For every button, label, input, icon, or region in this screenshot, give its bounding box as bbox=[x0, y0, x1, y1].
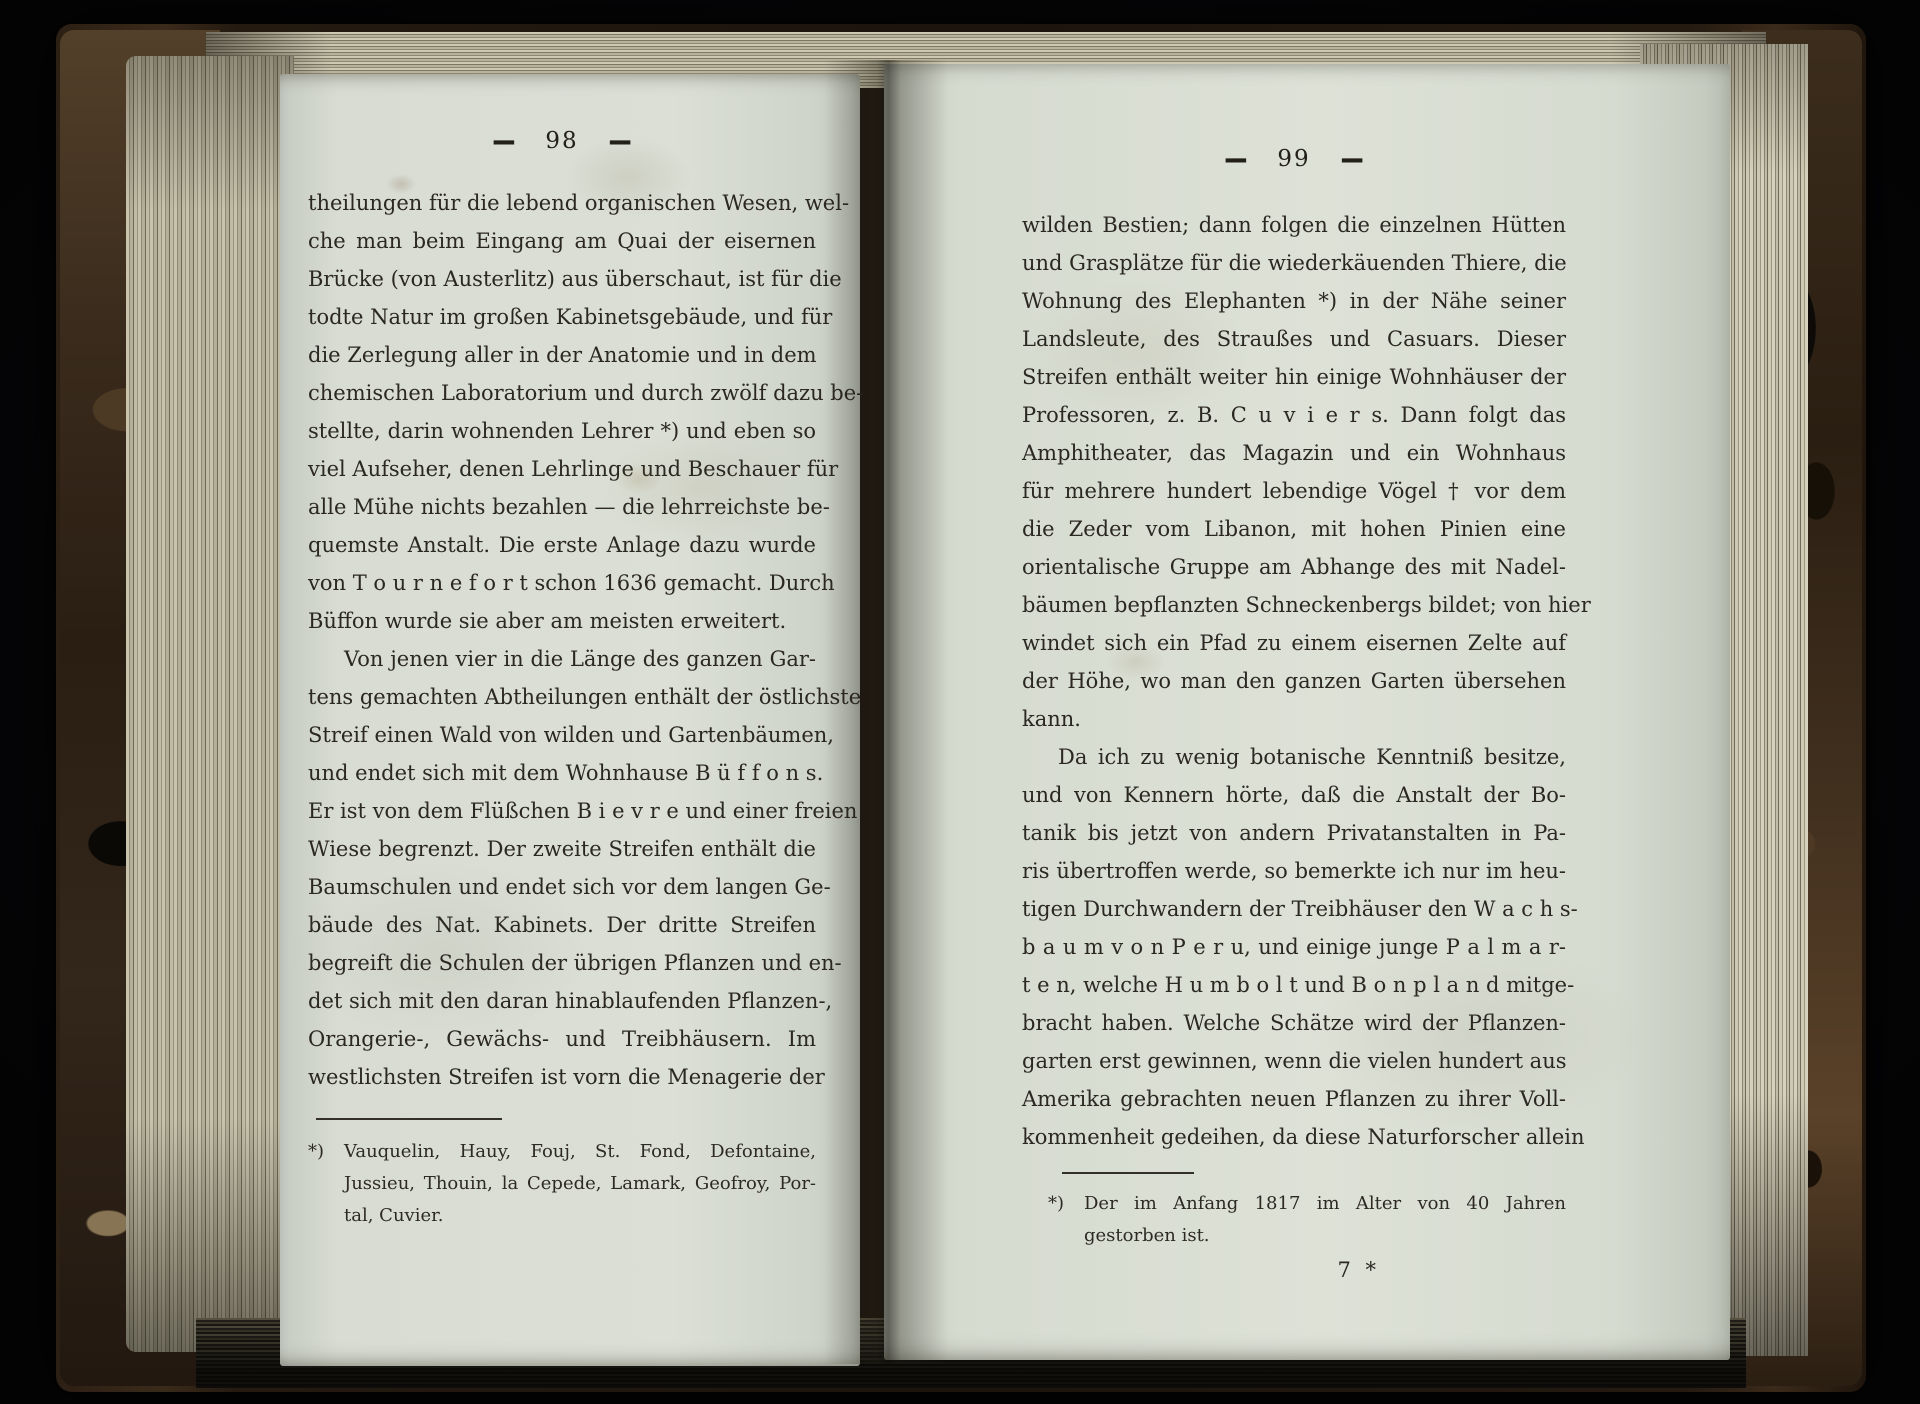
text-line: theilungen für die lebend organischen We… bbox=[308, 184, 816, 222]
footnote-marker: *) bbox=[1048, 1188, 1084, 1220]
paragraph: Da ich zu wenig botanische Kenntniß besi… bbox=[1022, 738, 1566, 1156]
text-line: t e n, welche H u m b o l t und B o n p … bbox=[1022, 966, 1566, 1004]
text-line: bäumen bepflanzten Schneckenbergs bildet… bbox=[1022, 586, 1566, 624]
footnote-line: tal, Cuvier. bbox=[308, 1200, 816, 1232]
paragraph: wilden Bestien; dann folgen die einzelne… bbox=[1022, 206, 1566, 738]
footnote-rule bbox=[1062, 1172, 1194, 1174]
header-dash: — bbox=[1224, 137, 1247, 182]
text-line: chemischen Laboratorium und durch zwölf … bbox=[308, 374, 816, 412]
text-line: kommenheit gedeihen, da diese Naturforsc… bbox=[1022, 1118, 1566, 1156]
text-line: Wiese begrenzt. Der zweite Streifen enth… bbox=[308, 830, 816, 868]
paragraph: theilungen für die lebend organischen We… bbox=[308, 184, 816, 640]
header-dash: — bbox=[1341, 137, 1364, 182]
text-line: b a u m v o n P e r u, und einige junge … bbox=[1022, 928, 1566, 966]
text-line: Baumschulen und endet sich vor dem lange… bbox=[308, 868, 816, 906]
text-line: wilden Bestien; dann folgen die einzelne… bbox=[1022, 206, 1566, 244]
footnote-line: *)Vauquelin, Hauy, Fouj, St. Fond, Defon… bbox=[308, 1136, 816, 1168]
header-dash: — bbox=[492, 119, 515, 164]
text-line: Orangerie-, Gewächs- und Treibhäusern. I… bbox=[308, 1020, 816, 1058]
text-line: Er ist von dem Flüßchen B i e v r e und … bbox=[308, 792, 816, 830]
text-line: Amphitheater, das Magazin und ein Wohnha… bbox=[1022, 434, 1566, 472]
footnote-marker: *) bbox=[308, 1136, 344, 1168]
text-line: windet sich ein Pfad zu einem eisernen Z… bbox=[1022, 624, 1566, 662]
paragraph: Von jenen vier in die Länge des ganzen G… bbox=[308, 640, 816, 1096]
footnote-line: Jussieu, Thouin, la Cepede, Lamark, Geof… bbox=[308, 1168, 816, 1200]
text-line: ris übertroffen werde, so bemerkte ich n… bbox=[1022, 852, 1566, 890]
text-line: det sich mit den daran hinablaufenden Pf… bbox=[308, 982, 816, 1020]
right-page: —99— wilden Bestien; dann folgen die ein… bbox=[884, 64, 1730, 1360]
text-line: quemste Anstalt. Die erste Anlage dazu w… bbox=[308, 526, 816, 564]
text-line: Von jenen vier in die Länge des ganzen G… bbox=[308, 640, 816, 678]
footnote-rule bbox=[316, 1118, 502, 1120]
text-line: che man beim Eingang am Quai der eiserne… bbox=[308, 222, 816, 260]
text-line: die Zerlegung aller in der Anatomie und … bbox=[308, 336, 816, 374]
page-header: —98— bbox=[308, 126, 816, 156]
left-page-content: —98— theilungen für die lebend organisch… bbox=[308, 126, 816, 1232]
signature-mark: 7 * bbox=[1022, 1258, 1566, 1282]
text-line: stellte, darin wohnenden Lehrer *) und e… bbox=[308, 412, 816, 450]
text-column: wilden Bestien; dann folgen die einzelne… bbox=[1022, 206, 1566, 1156]
text-line: viel Aufseher, denen Lehrlinge und Besch… bbox=[308, 450, 816, 488]
text-line: Wohnung des Elephanten *) in der Nähe se… bbox=[1022, 282, 1566, 320]
text-line: die Zeder vom Libanon, mit hohen Pinien … bbox=[1022, 510, 1566, 548]
text-line: tigen Durchwandern der Treibhäuser den W… bbox=[1022, 890, 1566, 928]
text-line: Brücke (von Austerlitz) aus überschaut, … bbox=[308, 260, 816, 298]
footnote: *)Der im Anfang 1817 im Alter von 40 Jah… bbox=[1022, 1188, 1566, 1252]
footnote-line: *)Der im Anfang 1817 im Alter von 40 Jah… bbox=[1048, 1188, 1566, 1220]
text-line: orientalische Gruppe am Abhange des mit … bbox=[1022, 548, 1566, 586]
text-line: begreift die Schulen der übrigen Pflanze… bbox=[308, 944, 816, 982]
book: —98— theilungen für die lebend organisch… bbox=[56, 24, 1866, 1392]
text-line: und von Kennern hörte, daß die Anstalt d… bbox=[1022, 776, 1566, 814]
right-page-content: —99— wilden Bestien; dann folgen die ein… bbox=[1022, 144, 1566, 1282]
footnote: *)Vauquelin, Hauy, Fouj, St. Fond, Defon… bbox=[308, 1136, 816, 1232]
page-edges-left bbox=[126, 56, 294, 1352]
page-number: 99 bbox=[1277, 146, 1310, 172]
text-line: tanik bis jetzt von andern Privatanstalt… bbox=[1022, 814, 1566, 852]
text-line: westlichsten Streifen ist vorn die Menag… bbox=[308, 1058, 816, 1096]
text-line: Professoren, z. B. C u v i e r s. Dann f… bbox=[1022, 396, 1566, 434]
page-number: 98 bbox=[545, 128, 578, 154]
text-line: garten erst gewinnen, wenn die vielen hu… bbox=[1022, 1042, 1566, 1080]
text-line: bracht haben. Welche Schätze wird der Pf… bbox=[1022, 1004, 1566, 1042]
text-line: Da ich zu wenig botanische Kenntniß besi… bbox=[1022, 738, 1566, 776]
text-line: Streif einen Wald von wilden und Gartenb… bbox=[308, 716, 816, 754]
text-line: der Höhe, wo man den ganzen Garten übers… bbox=[1022, 662, 1566, 700]
text-line: für mehrere hundert lebendige Vögel † vo… bbox=[1022, 472, 1566, 510]
text-line: und Grasplätze für die wiederkäuenden Th… bbox=[1022, 244, 1566, 282]
text-line: Büffon wurde sie aber am meisten erweite… bbox=[308, 602, 816, 640]
text-line: todte Natur im großen Kabinetsgebäude, u… bbox=[308, 298, 816, 336]
text-line: Amerika gebrachten neuen Pflanzen zu ihr… bbox=[1022, 1080, 1566, 1118]
text-line: Landsleute, des Straußes und Casuars. Di… bbox=[1022, 320, 1566, 358]
text-line: alle Mühe nichts bezahlen — die lehrreic… bbox=[308, 488, 816, 526]
page-header: —99— bbox=[1022, 144, 1566, 174]
text-line: tens gemachten Abtheilungen enthält der … bbox=[308, 678, 816, 716]
book-photo: —98— theilungen für die lebend organisch… bbox=[0, 0, 1920, 1404]
text-line: Streifen enthält weiter hin einige Wohnh… bbox=[1022, 358, 1566, 396]
text-line: kann. bbox=[1022, 700, 1566, 738]
text-line: von T o u r n e f o r t schon 1636 gemac… bbox=[308, 564, 816, 602]
header-dash: — bbox=[609, 119, 632, 164]
footnote-line: gestorben ist. bbox=[1048, 1220, 1566, 1252]
text-column: theilungen für die lebend organischen We… bbox=[308, 184, 816, 1096]
text-line: bäude des Nat. Kabinets. Der dritte Stre… bbox=[308, 906, 816, 944]
left-page: —98— theilungen für die lebend organisch… bbox=[280, 74, 860, 1366]
text-line: und endet sich mit dem Wohnhause B ü f f… bbox=[308, 754, 816, 792]
